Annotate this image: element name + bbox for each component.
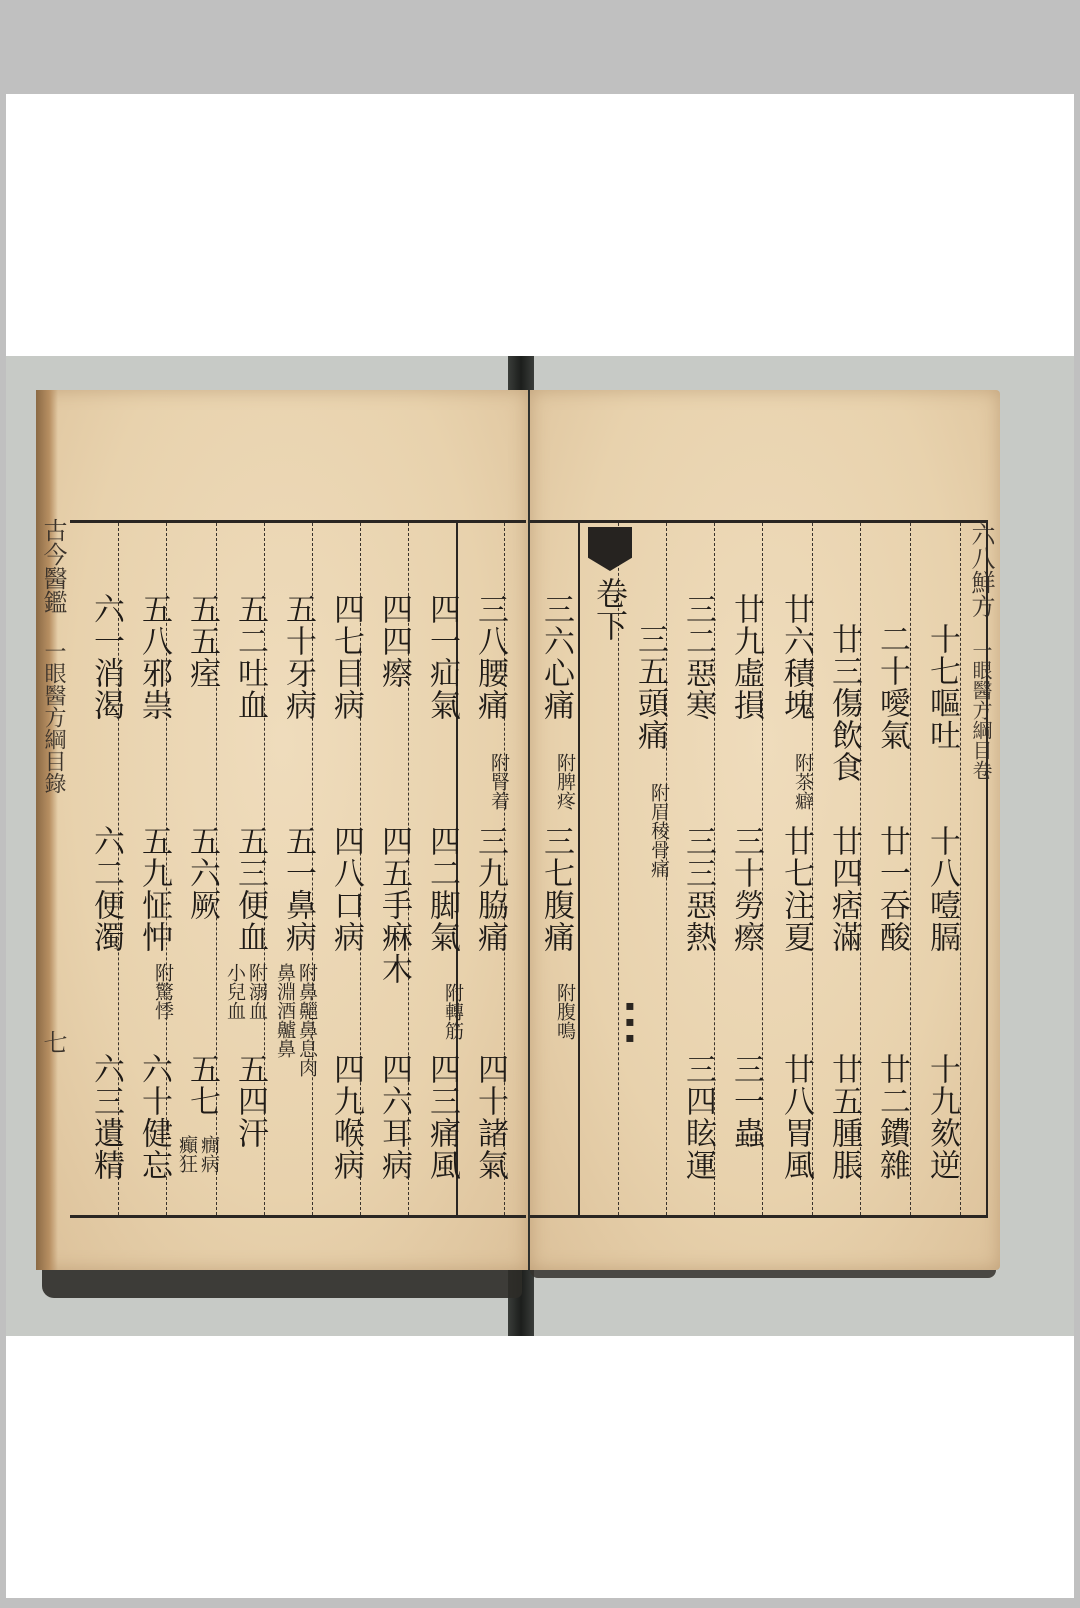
toc-entry: 五二吐血 <box>230 593 270 721</box>
left-page: 古今醫鑑 一眼醫方綱目錄 七 三八腰痛 附腎着 三九脇痛 四十諸氣 四一疝氣 四… <box>36 390 528 1270</box>
toc-entry: 廿九虛損 <box>726 593 766 721</box>
toc-entry: 四七目病 <box>326 593 366 721</box>
toc-entry: 廿七注夏 <box>776 825 816 953</box>
toc-entry: 廿三傷飲食 <box>824 623 864 783</box>
toc-entry: 三九脇痛 <box>470 825 510 953</box>
left-page-number: 七 <box>40 1030 66 1054</box>
toc-note: 附茶癖 <box>792 753 814 810</box>
toc-entry: 五十牙病 <box>278 593 318 721</box>
fishtail-mark-icon <box>588 527 632 571</box>
left-margin-title: 古今醫鑑 <box>40 518 66 614</box>
toc-entry: 三八腰痛 <box>470 593 510 721</box>
toc-entry: 四八口病 <box>326 825 366 953</box>
toc-entry: 四十諸氣 <box>470 1053 510 1181</box>
toc-entry: 五九怔忡 <box>134 825 174 953</box>
toc-entry: 四五手痳木 <box>374 825 414 985</box>
toc-entry: 十九欬逆 <box>922 1053 962 1181</box>
right-page-frame: 卷下 ▪▪▪ 十七嘔吐 十八噎膈 十九欬逆 二十噯氣 廿一吞酸 廿二鐨雜 廿三傷… <box>530 520 988 1218</box>
section-label: 卷下 <box>590 577 630 641</box>
toc-entry: 四四瘵 <box>374 593 414 689</box>
toc-entry: 廿六積塊 <box>776 593 816 721</box>
toc-note: 附脾疼 <box>554 753 576 810</box>
toc-entry: 三二惡寒 <box>678 593 718 721</box>
toc-entry: 六三遺精 <box>86 1053 126 1181</box>
toc-entry: 十七嘔吐 <box>922 623 962 751</box>
right-page: 六八鮮方 一眼醫方綱目卷 卷下 ▪▪▪ 十七嘔吐 十八噎膈 十九欬逆 二十噯氣 … <box>530 390 1000 1270</box>
toc-entry: 廿八胃風 <box>776 1053 816 1181</box>
toc-entry: 四三痛風 <box>422 1053 462 1181</box>
toc-entry: 五四汗 <box>230 1053 270 1149</box>
left-margin-subtitle: 一眼醫方綱目錄 <box>40 640 66 794</box>
toc-note: 癇病 <box>198 1135 220 1173</box>
toc-entry: 六十健忘 <box>134 1053 174 1181</box>
toc-entry: 廿四痞滿 <box>824 825 864 953</box>
toc-entry: 六一消渴 <box>86 593 126 721</box>
toc-entry: 五三便血 <box>230 825 270 953</box>
toc-entry: 五六厥 <box>182 825 222 921</box>
viewer-bottom-blank <box>6 1336 1074 1598</box>
toc-entry: 三五頭痛 <box>630 623 670 751</box>
toc-note: 附腎着 <box>488 753 510 810</box>
toc-entry: 三四眩運 <box>678 1053 718 1181</box>
viewer-top-blank <box>6 94 1074 356</box>
toc-note: 鼻淵酒齇鼻 <box>274 963 296 1058</box>
toc-entry: 五八邪祟 <box>134 593 174 721</box>
toc-note: 附腹鳴 <box>554 983 576 1040</box>
toc-entry: 四一疝氣 <box>422 593 462 721</box>
toc-note: 癲狂 <box>176 1135 198 1173</box>
toc-entry: 三一蟲 <box>726 1053 766 1149</box>
toc-entry: 廿五腫脹 <box>824 1053 864 1181</box>
toc-entry: 二十噯氣 <box>872 623 912 751</box>
toc-note: 附鼻齆鼻息肉 <box>296 963 318 1077</box>
left-page-frame: 三八腰痛 附腎着 三九脇痛 四十諸氣 四一疝氣 四二脚氣 附轉筋 四三痛風 四四… <box>70 520 526 1218</box>
ink-smudge: ▪▪▪ <box>622 998 638 1046</box>
toc-entry: 四九喉病 <box>326 1053 366 1181</box>
toc-entry: 廿二鐨雜 <box>872 1053 912 1181</box>
toc-entry: 三十勞瘵 <box>726 825 766 953</box>
toc-entry: 五七 <box>182 1053 222 1117</box>
toc-entry: 三三惡熱 <box>678 825 718 953</box>
toc-note: 附轉筋 <box>442 983 464 1040</box>
toc-entry: 三七腹痛 <box>536 825 576 953</box>
toc-entry: 六二便濁 <box>86 825 126 953</box>
toc-entry: 三六心痛 <box>536 593 576 721</box>
toc-entry: 四二脚氣 <box>422 825 462 953</box>
toc-note: 小兒血 <box>224 963 246 1020</box>
toc-note: 附眉稜骨痛 <box>648 783 670 878</box>
toc-note: 附溺血 <box>246 963 268 1020</box>
toc-entry: 廿一吞酸 <box>872 825 912 953</box>
toc-entry: 五一鼻病 <box>278 825 318 953</box>
toc-note: 附驚悸 <box>152 963 174 1020</box>
toc-entry: 四六耳病 <box>374 1053 414 1181</box>
toc-entry: 五五痓 <box>182 593 222 689</box>
toc-entry: 十八噎膈 <box>922 825 962 953</box>
